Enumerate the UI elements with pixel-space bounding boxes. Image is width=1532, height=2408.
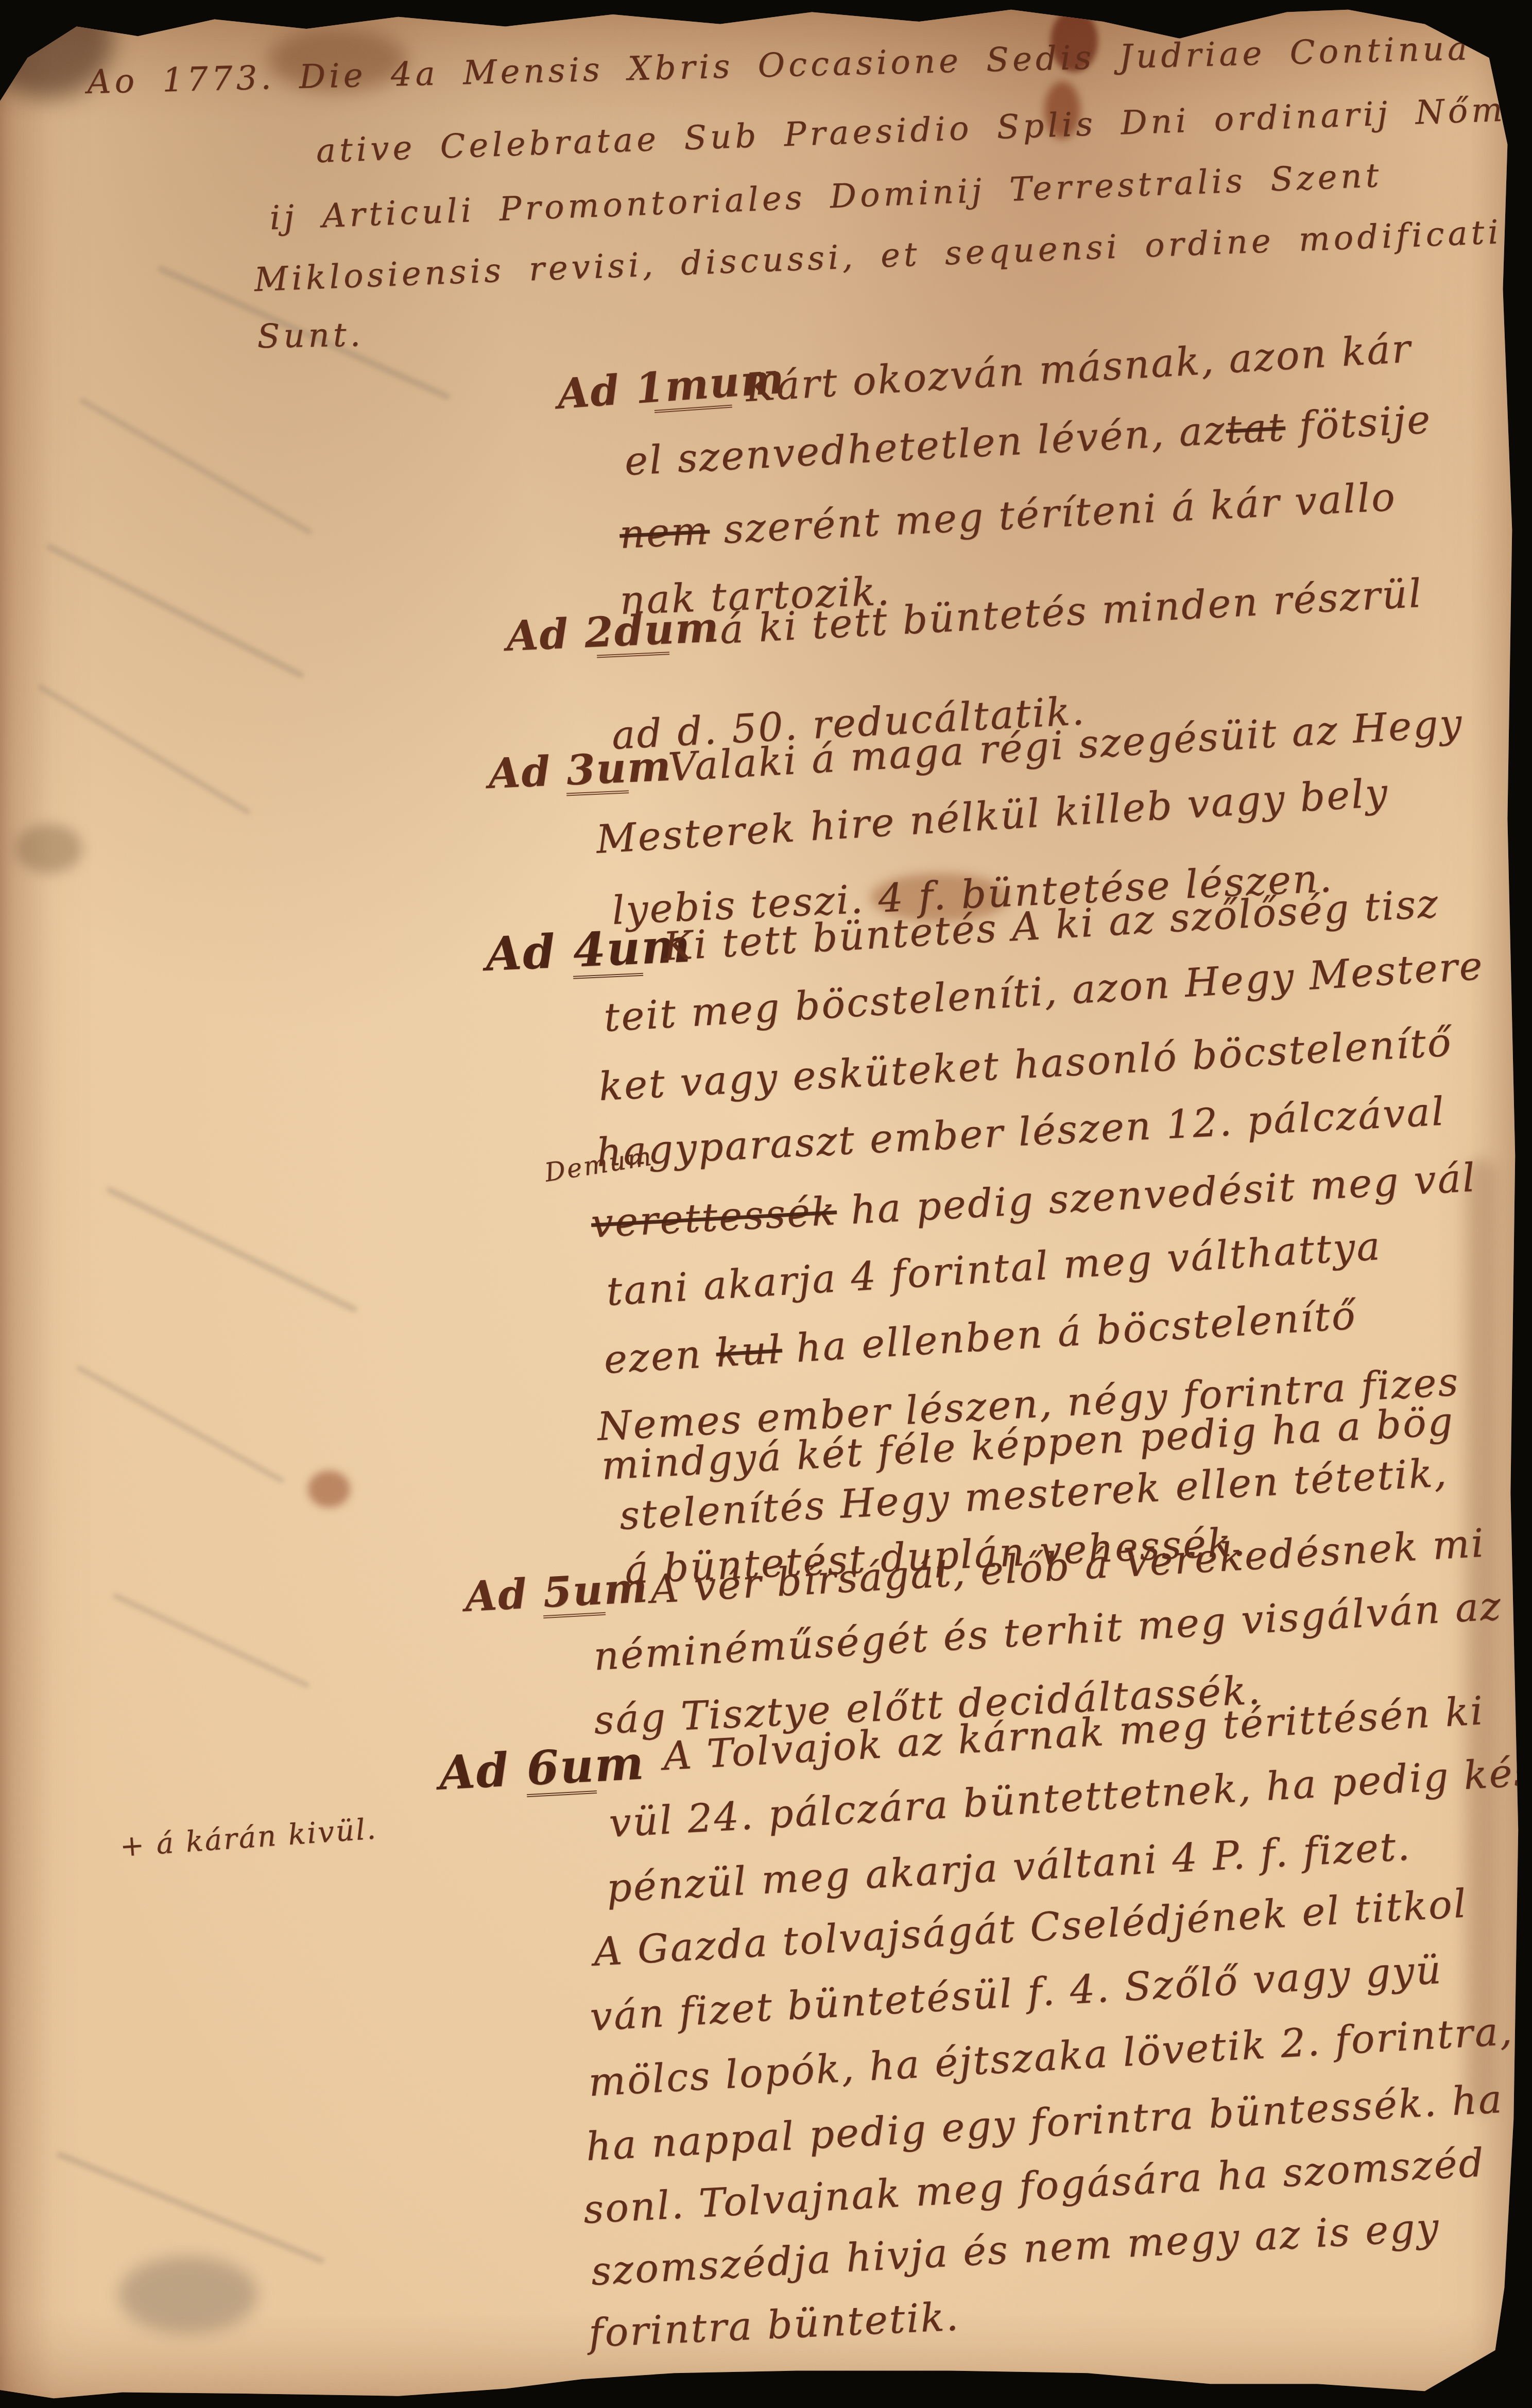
text-line: Kárt okozván másnak, azon kár xyxy=(744,329,1413,407)
struck-text: verettessék xyxy=(590,1188,838,1246)
header-line: Sunt. xyxy=(257,318,364,353)
bleedthrough-stroke xyxy=(112,1593,311,1689)
left-smudge xyxy=(15,824,82,873)
item-label: Ad 6um xyxy=(438,1739,646,1797)
paper-sheet: Ao 1773. Die 4a Mensis Xbris Occasione S… xyxy=(0,0,1532,2408)
inserted-correction: Demum xyxy=(543,1143,655,1186)
scanned-manuscript: { "colors": { "ink": "#5c2914", "paper":… xyxy=(0,0,1532,2408)
bleedthrough-stroke xyxy=(78,397,313,536)
struck-text: kul xyxy=(715,1326,783,1376)
bleedthrough-stroke xyxy=(106,1186,358,1313)
rust-spot xyxy=(308,1471,350,1508)
text-segment: el szenvedhetetlen lévén, az xyxy=(624,407,1227,484)
bleedthrough-stroke xyxy=(75,1364,285,1484)
header-line: Ao 1773. Die 4a Mensis Xbris Occasione S… xyxy=(87,32,1471,99)
text-segment: ha pedig szenvedésit meg vál xyxy=(835,1154,1477,1234)
text-segment: szerént meg téríteni á kár vallo xyxy=(709,473,1398,553)
item-label: Ad 2dum xyxy=(506,606,720,657)
text-line: forintra büntetik. xyxy=(588,2297,961,2353)
text-line: hagyparaszt ember lészen 12. pálczával xyxy=(595,1091,1446,1172)
text-line: ezen kul ha ellenben á böcstelenítő xyxy=(603,1295,1357,1379)
text-segment: ezen xyxy=(603,1330,717,1382)
text-segment: fötsije xyxy=(1284,396,1433,450)
text-line: nem szerént meg téríteni á kár vallo xyxy=(618,477,1397,554)
bleedthrough-stroke xyxy=(37,684,252,815)
item-label: Ad 5um xyxy=(464,1566,649,1617)
text-segment: ha ellenben á böcstelenítő xyxy=(781,1292,1358,1372)
edge-crease-shadow xyxy=(1465,1159,1496,2112)
header-line: ative Celebratae Sub Praesidio Splis Dni… xyxy=(316,93,1521,168)
item-label: Ad 3um xyxy=(488,745,673,794)
struck-text: tat xyxy=(1225,404,1286,453)
bleedthrough-stroke xyxy=(45,543,305,679)
graphite-smudge xyxy=(118,2256,257,2333)
header-line: ij Articuli Promontoriales Dominij Terre… xyxy=(269,159,1383,235)
margin-note: + á kárán kivül. xyxy=(119,1815,378,1861)
item-label: Ad 4um xyxy=(485,923,692,978)
struck-text: nem xyxy=(618,507,711,557)
bleedthrough-stroke xyxy=(56,2151,325,2265)
text-line: el szenvedhetetlen lévén, aztat fötsije xyxy=(624,400,1433,481)
